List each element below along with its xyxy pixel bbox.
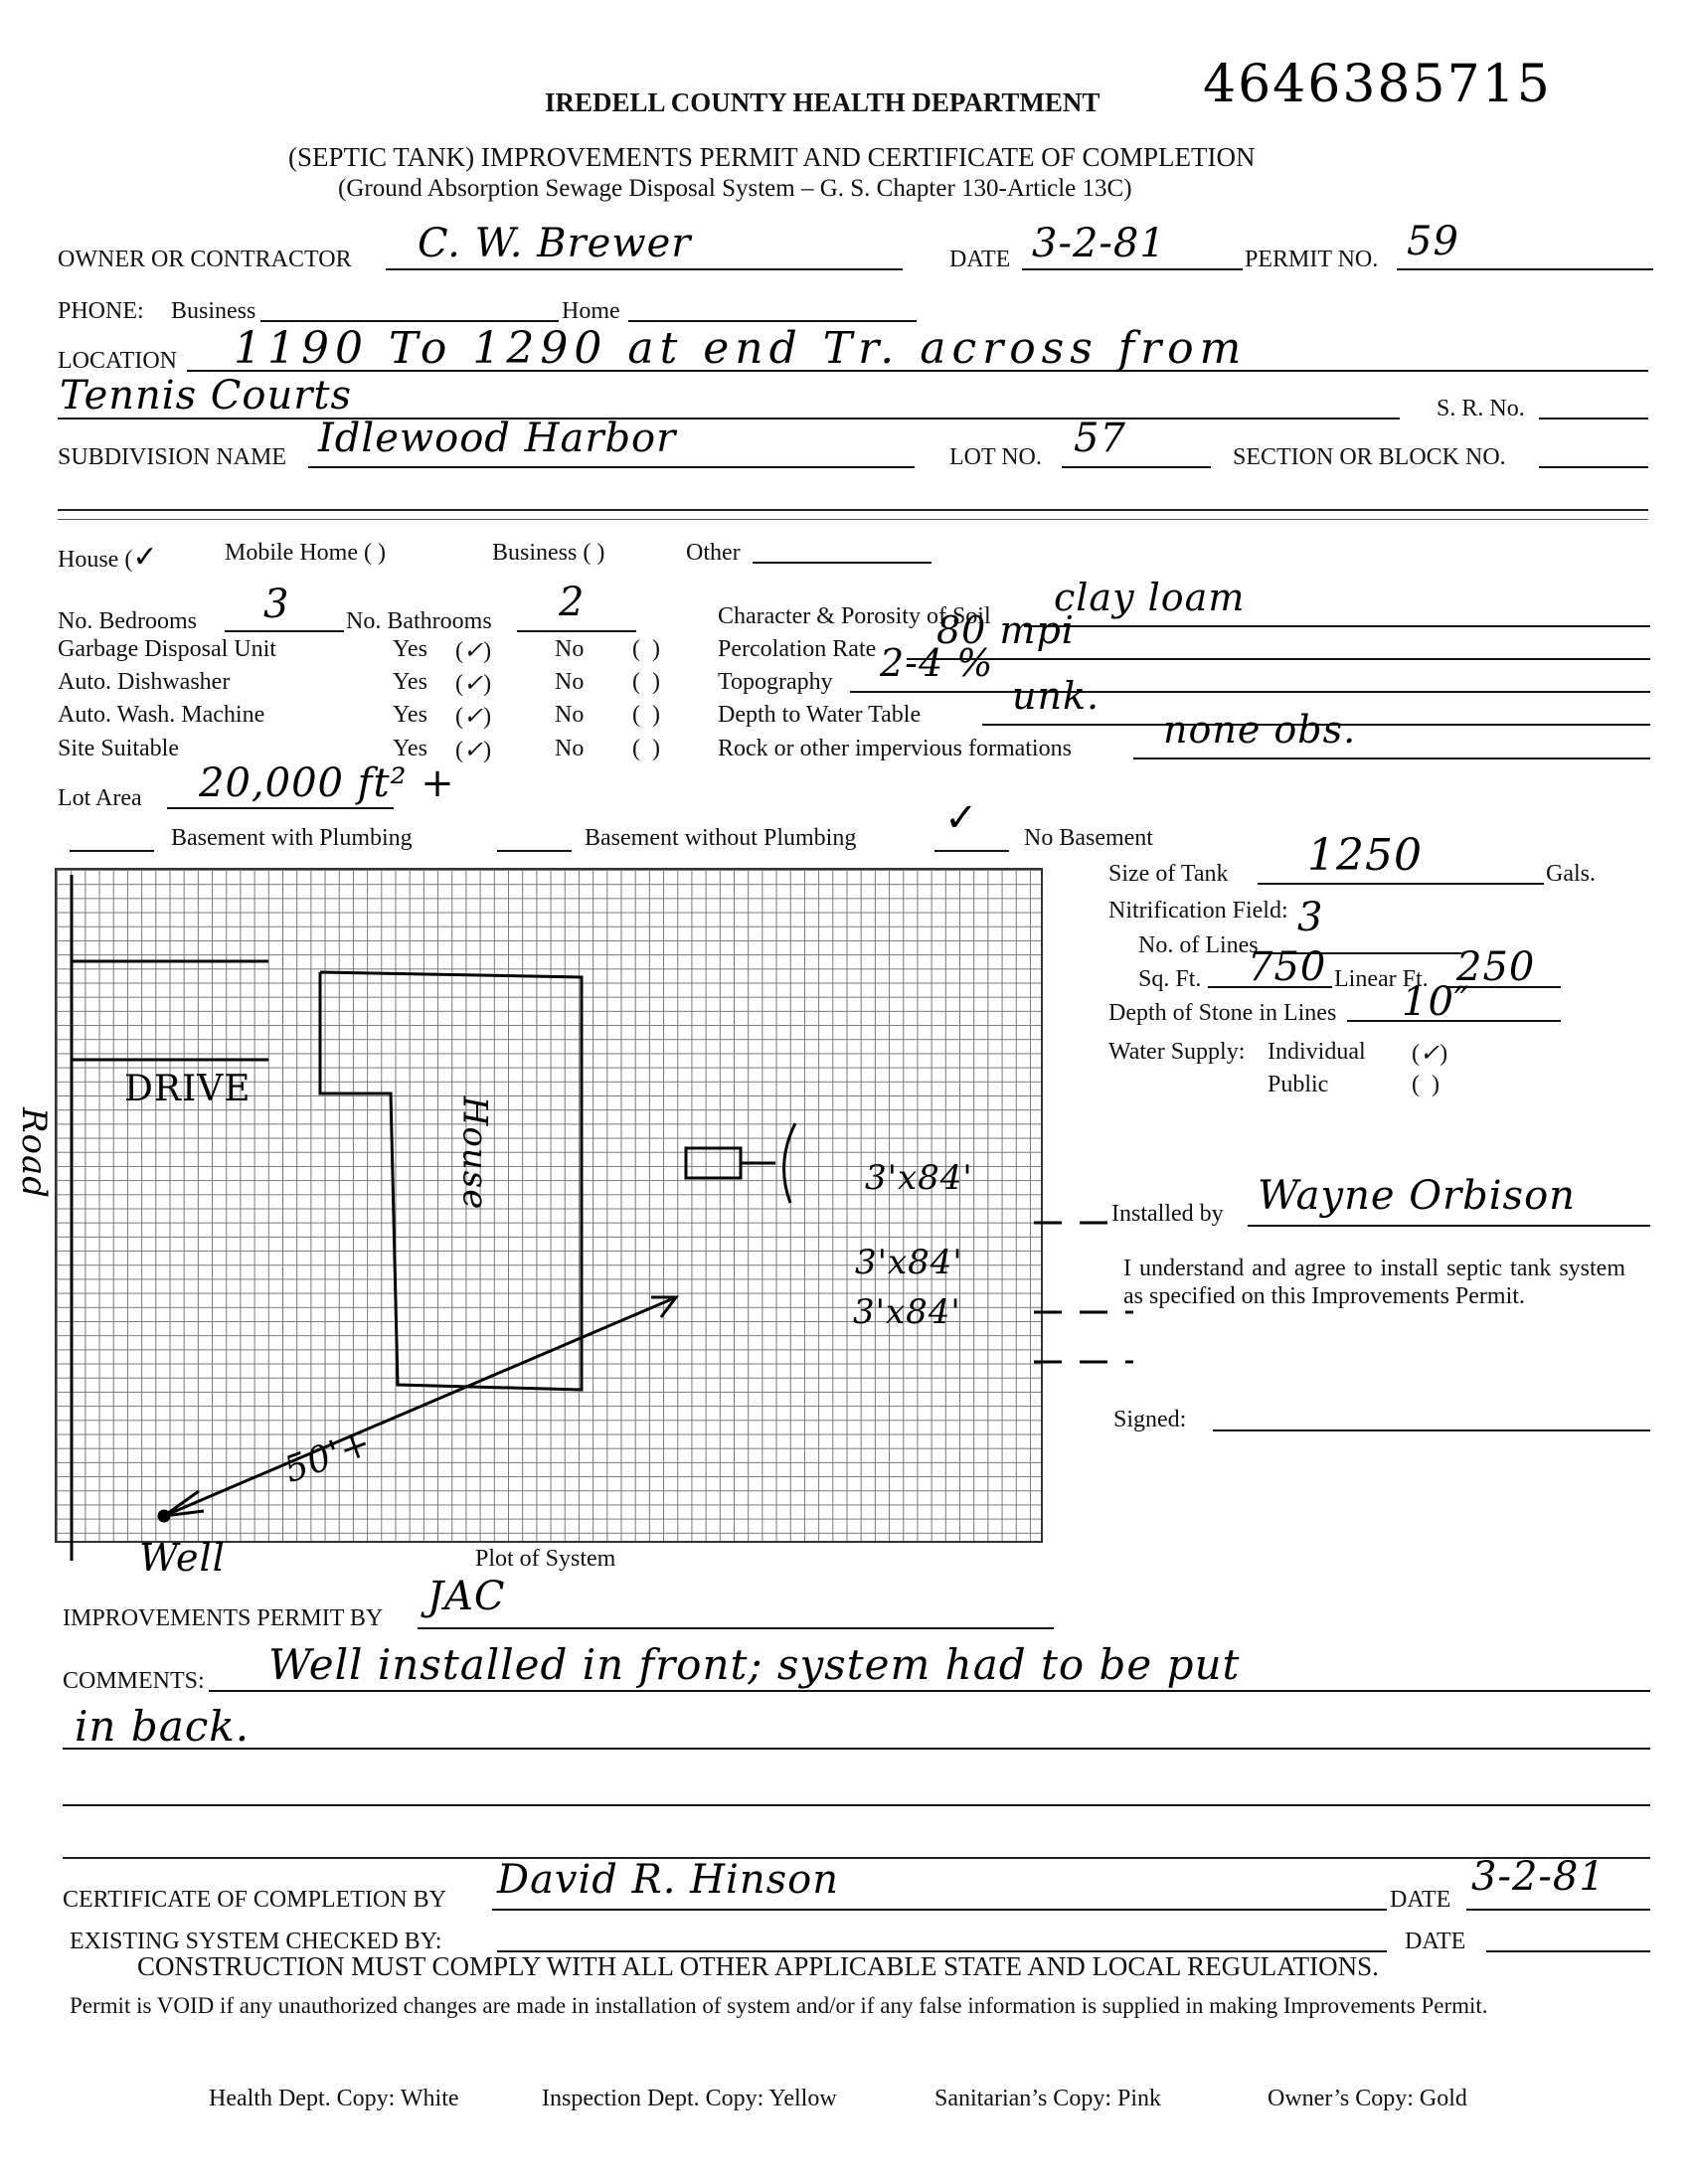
void-notice: Permit is VOID if any unauthorized chang… — [70, 1993, 1521, 2019]
stone-depth-field[interactable]: 10″ — [1402, 979, 1470, 1025]
tank-size-field[interactable]: 1250 — [1307, 830, 1423, 881]
signed-label: Signed: — [1113, 1407, 1186, 1433]
drive-label: DRIVE — [124, 1069, 251, 1109]
stone-depth-label: Depth of Stone in Lines — [1108, 1000, 1336, 1027]
public-checkbox[interactable]: ( ) — [1412, 1072, 1440, 1098]
water-supply-label: Water Supply: — [1108, 1039, 1245, 1066]
permit-by-label: IMPROVEMENTS PERMIT BY — [63, 1605, 383, 1632]
house-label: House — [454, 1096, 494, 1211]
line-3-dim: 3'x84' — [853, 1292, 961, 1332]
installed-by-field[interactable]: Wayne Orbison — [1258, 1173, 1576, 1219]
comments-line2[interactable]: in back. — [75, 1702, 250, 1751]
agreement-text: I understand and agree to install septic… — [1123, 1255, 1625, 1310]
copy-label: Owner’s Copy: Gold — [1268, 2086, 1467, 2112]
sqft-label: Sq. Ft. — [1138, 966, 1201, 993]
well-label: Well — [139, 1536, 226, 1580]
line-2-dim: 3'x84' — [855, 1243, 963, 1282]
tank-size-unit: Gals. — [1546, 861, 1596, 888]
comments-label: COMMENTS: — [63, 1668, 205, 1695]
completion-date-label: DATE — [1390, 1887, 1450, 1914]
existing-date-label: DATE — [1405, 1929, 1465, 1955]
installed-by-label: Installed by — [1111, 1201, 1224, 1228]
copy-label: Sanitarian’s Copy: Pink — [934, 2086, 1161, 2112]
copy-label: Health Dept. Copy: White — [209, 2086, 459, 2112]
completion-date-field[interactable]: 3-2-81 — [1471, 1854, 1606, 1900]
road-label: Road — [14, 1107, 54, 1199]
tank-size-label: Size of Tank — [1108, 861, 1229, 888]
completion-label: CERTIFICATE OF COMPLETION BY — [63, 1887, 446, 1914]
completion-field[interactable]: David R. Hinson — [497, 1857, 839, 1903]
individual-label: Individual — [1268, 1039, 1366, 1066]
public-label: Public — [1268, 1072, 1328, 1098]
plot-caption: Plot of System — [475, 1546, 615, 1573]
comments-line1[interactable]: Well installed in front; system had to b… — [268, 1640, 1240, 1689]
sqft-field[interactable]: 750 — [1248, 944, 1326, 990]
nitrification-label: Nitrification Field: — [1108, 898, 1288, 924]
copy-label: Inspection Dept. Copy: Yellow — [542, 2086, 837, 2112]
lines-label: No. of Lines — [1138, 932, 1259, 959]
permit-by-field[interactable]: JAC — [427, 1574, 506, 1619]
individual-checkbox[interactable]: (✓) — [1412, 1039, 1447, 1068]
line-1-dim: 3'x84' — [865, 1158, 973, 1198]
lines-field[interactable]: 3 — [1297, 895, 1323, 940]
compliance-notice: CONSTRUCTION MUST COMPLY WITH ALL OTHER … — [137, 1951, 1379, 1982]
